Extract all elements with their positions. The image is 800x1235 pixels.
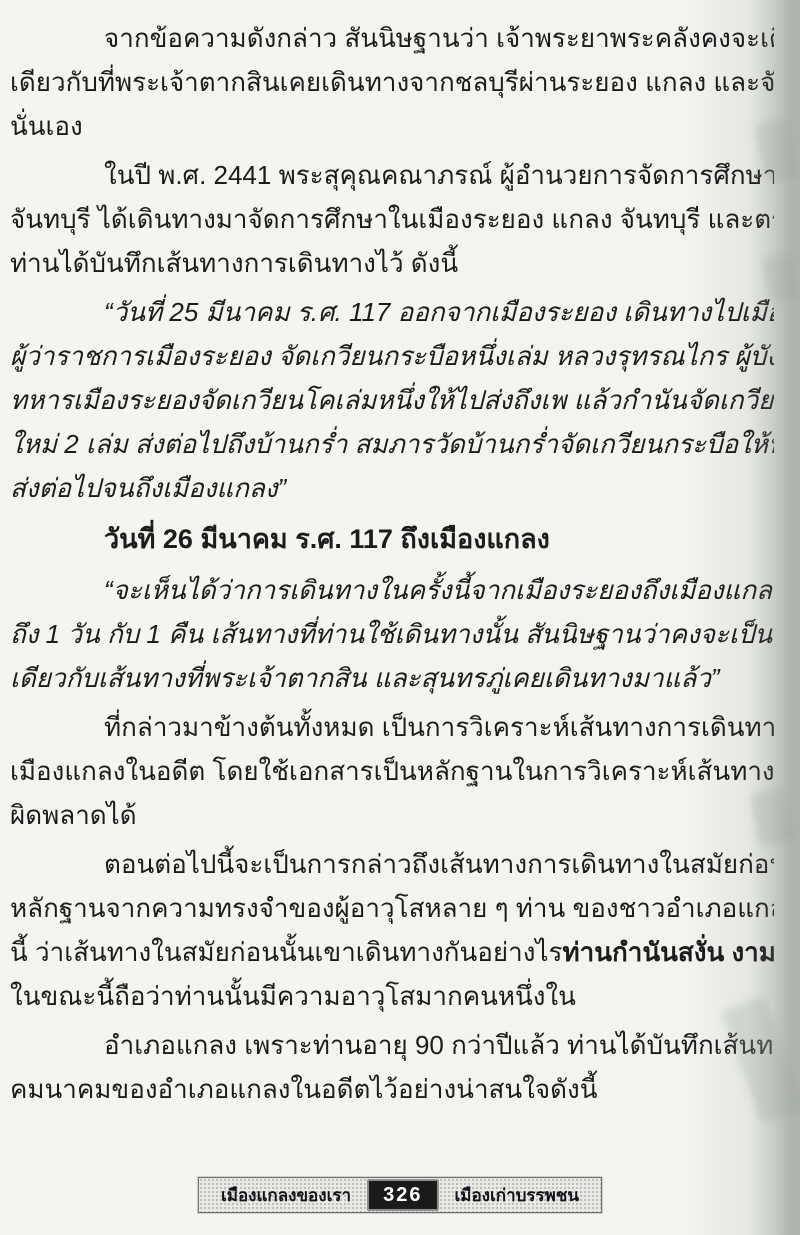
footer-right-label: เมืองเก่าบรรพชน [438, 1182, 595, 1209]
text-line: ใหม่ 2 เล่ม ส่งต่อไปถึงบ้านกร่ำ สมภารวัด… [10, 422, 774, 466]
page-content: จากข้อความดังกล่าว สันนิษฐานว่า เจ้าพระย… [10, 16, 774, 1116]
text-line: หลักฐานจากความทรงจำของผู้อาวุโสหลาย ๆ ท่… [10, 886, 774, 930]
page-number-box: 326 [367, 1179, 438, 1211]
text-line: ส่งต่อไปจนถึงเมืองแกลง” [10, 466, 774, 510]
text-line: ที่กล่าวมาข้างต้นทั้งหมด เป็นการวิเคราะห… [10, 705, 774, 749]
page-number: 326 [383, 1184, 422, 1206]
text-line: จันทบุรี ได้เดินทางมาจัดการศึกษาในเมืองร… [10, 197, 774, 241]
paragraph-2: ในปี พ.ศ. 2441 พระสุคุณคณาภรณ์ ผู้อำนวยก… [10, 153, 774, 285]
paragraph-7: ตอนต่อไปนี้จะเป็นการกล่าวถึงเส้นทางการเด… [10, 842, 774, 1018]
text-line: “จะเห็นได้ว่าการเดินทางในครั้งนี้จากเมือ… [10, 568, 774, 612]
text-line: ในปี พ.ศ. 2441 พระสุคุณคณาภรณ์ ผู้อำนวยก… [10, 153, 774, 197]
quote-travel-analysis: “จะเห็นได้ว่าการเดินทางในครั้งนี้จากเมือ… [10, 568, 774, 700]
paragraph-6: ที่กล่าวมาข้างต้นทั้งหมด เป็นการวิเคราะห… [10, 705, 774, 837]
text-line: ทหารเมืองระยองจัดเกวียนโคเล่มหนึ่งให้ไปส… [10, 378, 774, 422]
footer-band: เมืองแกลงของเรา 326 เมืองเก่าบรรพชน [198, 1177, 602, 1213]
text-line: เมืองแกลงในอดีต โดยใช้เอกสารเป็นหลักฐานใ… [10, 749, 774, 793]
paragraph-8: อำเภอแกลง เพราะท่านอายุ 90 กว่าปีแล้ว ท่… [10, 1023, 774, 1111]
text-line: นั่นเอง [10, 104, 774, 148]
text-line: ในขณะนี้ถือว่าท่านนั้นมีความอาวุโสมากคนห… [10, 974, 774, 1018]
text-line: นี้ ว่าเส้นทางในสมัยก่อนนั้นเขาเดินทางกั… [10, 930, 774, 974]
text-line: จากข้อความดังกล่าว สันนิษฐานว่า เจ้าพระย… [10, 16, 774, 60]
text-line: เดียวกับเส้นทางที่พระเจ้าตากสิน และสุนทร… [10, 656, 774, 700]
text-line: อำเภอแกลง เพราะท่านอายุ 90 กว่าปีแล้ว ท่… [10, 1023, 774, 1067]
text-line: ผิดพลาดได้ [10, 793, 774, 837]
text-line: เดียวกับที่พระเจ้าตากสินเคยเดินทางจากชลบ… [10, 60, 774, 104]
scanned-book-page: จากข้อความดังกล่าว สันนิษฐานว่า เจ้าพระย… [0, 0, 800, 1235]
text-line: ตอนต่อไปนี้จะเป็นการกล่าวถึงเส้นทางการเด… [10, 842, 774, 886]
text-line: วันที่ 26 มีนาคม ร.ศ. 117 ถึงเมืองแกลง [10, 517, 774, 561]
footer-left-label: เมืองแกลงของเรา [205, 1182, 367, 1209]
text-line: “วันที่ 25 มีนาคม ร.ศ. 117 ออกจากเมืองระ… [10, 290, 774, 334]
paragraph-1: จากข้อความดังกล่าว สันนิษฐานว่า เจ้าพระย… [10, 16, 774, 148]
text-line: คมนาคมของอำเภอแกลงในอดีตไว้อย่างน่าสนใจด… [10, 1067, 774, 1111]
date-heading-march-26: วันที่ 26 มีนาคม ร.ศ. 117 ถึงเมืองแกลง [10, 517, 774, 561]
quote-march-25: “วันที่ 25 มีนาคม ร.ศ. 117 ออกจากเมืองระ… [10, 290, 774, 510]
text-line: ถึง 1 วัน กับ 1 คืน เส้นทางที่ท่านใช้เดิ… [10, 612, 774, 656]
text-line: ท่านได้บันทึกเส้นทางการเดินทางไว้ ดังนี้ [10, 241, 774, 285]
text-line: ผู้ว่าราชการเมืองระยอง จัดเกวียนกระบือหน… [10, 334, 774, 378]
